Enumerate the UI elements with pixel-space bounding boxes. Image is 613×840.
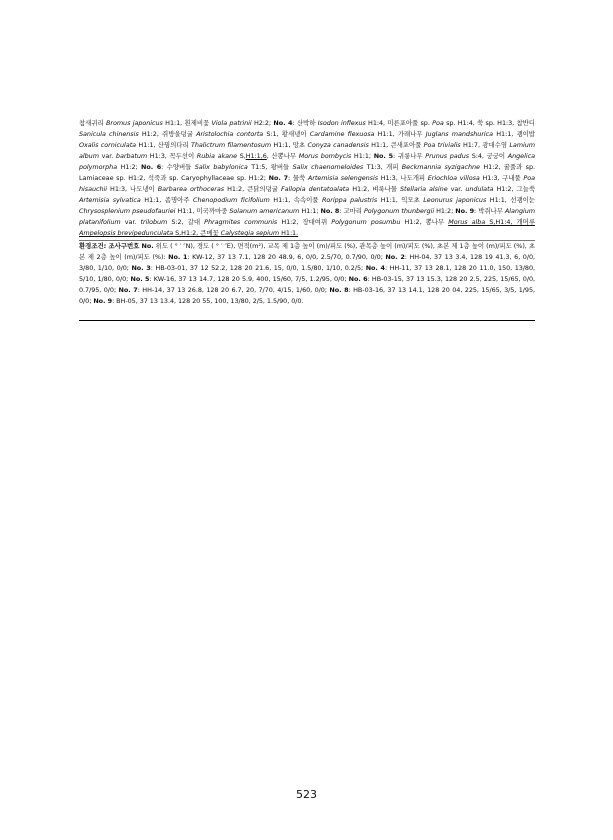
text-run: 참새귀리 (79, 119, 106, 127)
text-run: : KW-16, 37 13 14.7, 128 20 5.9, 400, 15… (149, 275, 348, 283)
text-run: H1:1. (279, 229, 298, 237)
plot-label: No. 4 (273, 119, 292, 127)
scientific-name: Ampelopsis brevipedunculata (79, 229, 173, 237)
scientific-name: Eriochloa villosa (428, 174, 480, 182)
scientific-name: Leonurus japonicus (423, 196, 486, 204)
text-run: sp. H1:4, 쑥 sp. H1:3, 참반디 (444, 119, 535, 127)
scientific-name: Polygonum thunbergii (364, 207, 434, 215)
text-run: H1:1; (351, 152, 373, 160)
scientific-name: Cardamine flexuosa (310, 130, 375, 138)
scientific-name: Rorippa palustris (322, 196, 377, 204)
species-composition-paragraph: 참새귀리 Bromus japonicus H1:1, 흰제비꽃 Viola p… (79, 118, 535, 240)
scientific-name: barbatum (116, 152, 147, 160)
scientific-name: Stellaria alsine (400, 185, 448, 193)
scientific-name: Sanicula chinensis (79, 130, 139, 138)
text-run: var. (99, 152, 116, 160)
scientific-name: Salix chaenomeloides (293, 163, 364, 171)
text-run: H1:4, 미른포아풀 sp. (366, 119, 432, 127)
plot-label: No. 7 (119, 286, 138, 294)
text-run: H1:1, 큰새포아풀 (369, 141, 424, 149)
text-run: , 산뽕나무 (267, 152, 299, 160)
text-run: S, (237, 152, 246, 160)
text-run: var. (121, 218, 141, 226)
text-run: H1:1, 좀명아주 (141, 196, 193, 204)
text-run: : 고마리 (339, 207, 364, 215)
scientific-name: Barbarea orthoceras (158, 185, 224, 193)
text-run: S:1, 황새냉이 (263, 130, 310, 138)
scientific-name: Poa (432, 119, 444, 127)
scientific-name: Thalictrum filamentosum (191, 141, 271, 149)
text-run: H1:2, 쥐방울덩굴 (139, 130, 196, 138)
plot-label: No. 8 (320, 207, 339, 215)
scientific-name: Viola patrinii (211, 119, 251, 127)
plot-label: 환경조건: 조사구번호 No. (79, 242, 154, 250)
scientific-name: Aristolochia contorta (196, 130, 263, 138)
plot-label: No. 5 (130, 275, 149, 283)
plot-label: No. 7 (269, 174, 288, 182)
scientific-name: Fallopia dentatoalata (281, 185, 349, 193)
text-run: : 수양버들 (161, 163, 195, 171)
text-run: S,H1:2, 큰메꽃 (173, 229, 221, 237)
text-run: H1:3, 구내풀 (480, 174, 524, 182)
scientific-name: Isodon inflexus (318, 119, 366, 127)
text-run: S:4, 궁궁이 (469, 152, 508, 160)
plot-label: No. 6 (349, 275, 368, 283)
scientific-name: Poa trivialis (424, 141, 461, 149)
text-run: S:2, 갈대 (167, 218, 204, 226)
text-run: : 박쥐나무 (474, 207, 505, 215)
text-run: H1:1, 미국까마중 (175, 207, 229, 215)
scientific-name: Chenopodium ficifolium (193, 196, 270, 204)
text-run: H1:2, 그늘쑥 (493, 185, 535, 193)
text-run: H1:1, 흰제비꽃 (163, 119, 212, 127)
text-run: T1:3, 개피 (363, 163, 402, 171)
plot-label: No. 4 (366, 264, 385, 272)
text-run: H1:2, 큰닭의덩굴 (224, 185, 281, 193)
plot-label: No. 9 (93, 297, 112, 305)
text-run: var. (448, 185, 466, 193)
environmental-conditions-paragraph: 환경조건: 조사구번호 No. 위도 ( ° ′ ″N), 경도 ( ° ′ ″… (79, 241, 535, 307)
scientific-name: Juglans mandshurica (426, 130, 493, 138)
scientific-name: Phragmites communis (204, 218, 277, 226)
text-run: : 귀룽나무 (393, 152, 425, 160)
text-run: H1:1, 가래나무 (374, 130, 425, 138)
scientific-name: Chrysosplenium pseudofauriei (79, 207, 175, 215)
text-run: H1:2, 뽕나무 (400, 218, 448, 226)
text-run: H1:1, 선괭이눈 (486, 196, 535, 204)
text-run: H1:1,6 (246, 152, 267, 160)
text-run: : 물쑥 (288, 174, 308, 182)
text-run: : HH-14, 37 13 26.8, 128 20 6.7, 20, 7/7… (138, 286, 330, 294)
text-run: H2:2; (252, 119, 274, 127)
scientific-name: undulata (465, 185, 493, 193)
scientific-name: Calystegia sepium (221, 229, 279, 237)
table-footnote-block: 참새귀리 Bromus japonicus H1:1, 흰제비꽃 Viola p… (79, 118, 535, 307)
text-run: : 산박하 (292, 119, 317, 127)
scientific-name: Artemisia sylvatica (79, 196, 141, 204)
plot-label: No. 8 (329, 286, 348, 294)
text-run: H1:1, 망초 (271, 141, 307, 149)
text-run: H1:1; (299, 207, 320, 215)
text-run: H1:3, 꼭두선이 (147, 152, 197, 160)
text-run: H1:2, 장대여뀌 (277, 218, 331, 226)
plot-label: No. 3 (131, 264, 150, 272)
scientific-name: Rubia akane (197, 152, 237, 160)
text-run: H1:1, 속속이풀 (270, 196, 322, 204)
text-run: S,H1:4, 개머루 (485, 218, 535, 226)
scientific-name: Morus alba (448, 218, 485, 226)
scientific-name: Salix babylonica (195, 163, 248, 171)
text-run: : HB-03-01, 37 12 52.2, 128 20 21.6, 15,… (151, 264, 366, 272)
scientific-name: Bromus japonicus (106, 119, 163, 127)
text-run: H1:7, 광대수염 (461, 141, 510, 149)
plot-label: No. 5 (374, 152, 393, 160)
plot-label: No. 2 (385, 253, 404, 261)
plot-label: No. 9 (455, 207, 474, 215)
text-run: : KW-12, 37 13 7.1, 128 20 48.9, 6, 0/0,… (187, 253, 385, 261)
text-run: H1:2; (117, 163, 141, 171)
scientific-name: Oxalis corniculata (79, 141, 136, 149)
scientific-name: trilobum (141, 218, 168, 226)
scientific-name: Artemisia selengensis (308, 174, 378, 182)
scientific-name: Morus bombycis (299, 152, 351, 160)
text-run: H1:1, 산꿩의다리 (136, 141, 191, 149)
scientific-name: Prunus padus (425, 152, 469, 160)
text-run: H1:2, 벼룩나물 (349, 185, 400, 193)
text-run: H1:1, 괭이밥 (493, 130, 535, 138)
plot-label: No. 1 (168, 253, 187, 261)
page-number: 523 (0, 788, 613, 801)
text-run: : BH-05, 37 13 13.4, 128 20 55, 100, 13/… (112, 297, 303, 305)
text-run: H1:1, 익모초 (377, 196, 423, 204)
text-run: H1:3, 나도냉이 (107, 185, 158, 193)
document-page: 참새귀리 Bromus japonicus H1:1, 흰제비꽃 Viola p… (0, 0, 613, 840)
scientific-name: Beckmannia syzigachne (402, 163, 480, 171)
scientific-name: Polygonum posumbu (331, 218, 400, 226)
text-run: H1:3, 나도개피 (378, 174, 428, 182)
table-bottom-rule (79, 320, 535, 321)
text-run: H1:2; (434, 207, 455, 215)
scientific-name: Conyza canadensis (307, 141, 368, 149)
scientific-name: Solanum americanum (229, 207, 299, 215)
plot-label: No. 6 (141, 163, 161, 171)
text-run: T1:5, 왕버들 (248, 163, 293, 171)
